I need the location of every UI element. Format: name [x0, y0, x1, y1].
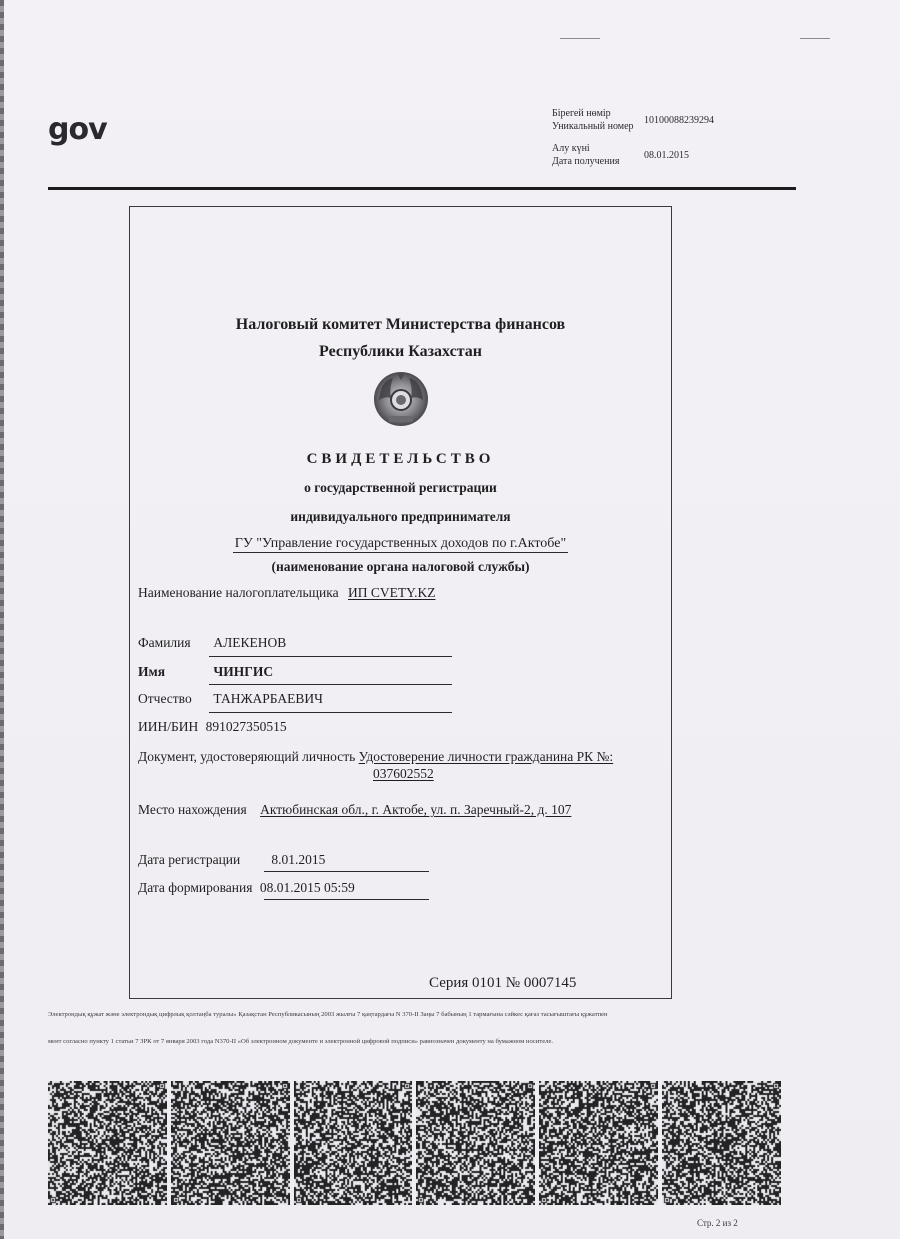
- unique-number-block: Бірегей нөмір Уникальный номер 101000882…: [552, 107, 634, 133]
- scan-mark: [560, 38, 600, 39]
- location-row: Место нахождения Актюбинская обл., г. Ак…: [138, 802, 571, 818]
- legal-notice-kz: Электрондық құжат және электрондық цифрл…: [48, 1011, 608, 1018]
- certificate-title: СВИДЕТЕЛЬСТВО: [130, 451, 671, 468]
- tax-authority-note: (наименование органа налоговой службы): [130, 559, 671, 575]
- barcode-block: [171, 1081, 290, 1205]
- surname-row: Фамилия АЛЕКЕНОВ: [138, 635, 286, 651]
- scanner-edge: [0, 0, 4, 1239]
- location-value: Актюбинская обл., г. Актобе, ул. п. Заре…: [260, 802, 571, 817]
- tax-authority-value: ГУ "Управление государственных доходов п…: [233, 536, 568, 553]
- header-divider: [48, 187, 796, 190]
- formed-date-value: 08.01.2015 05:59: [260, 880, 355, 895]
- scan-mark: [800, 38, 830, 39]
- barcode-block: [48, 1081, 167, 1205]
- name-underline: [209, 684, 452, 685]
- surname-label: Фамилия: [138, 635, 210, 651]
- patronymic-value: ТАНЖАРБАЕВИЧ: [213, 691, 323, 706]
- registration-date-label: Дата регистрации: [138, 852, 268, 868]
- issuing-org-line2: Республики Казахстан: [130, 343, 671, 361]
- taxpayer-label: Наименование налогоплательщика: [138, 585, 339, 601]
- certificate-subtitle2: индивидуального предпринимателя: [130, 509, 671, 525]
- unique-number-label-ru: Уникальный номер: [552, 120, 634, 133]
- id-document-row: Документ, удостоверяющий личность Удосто…: [138, 749, 613, 765]
- certificate-serial-number: Серия 0101 № 0007145: [429, 975, 576, 992]
- receipt-date-label-ru: Дата получения: [552, 155, 619, 168]
- barcode-block: [662, 1081, 781, 1205]
- coat-of-arms-icon: [371, 370, 431, 428]
- egov-logo: gov: [48, 112, 107, 147]
- surname-value: АЛЕКЕНОВ: [213, 635, 286, 650]
- receipt-date-label-kz: Алу күні: [552, 142, 619, 155]
- surname-underline: [209, 656, 452, 657]
- barcode-block: [294, 1081, 413, 1205]
- scanned-document-page: gov Бірегей нөмір Уникальный номер 10100…: [0, 0, 900, 1239]
- name-value: ЧИНГИС: [213, 664, 273, 679]
- unique-number-label-kz: Бірегей нөмір: [552, 107, 634, 120]
- tax-authority: ГУ "Управление государственных доходов п…: [130, 536, 671, 552]
- taxpayer-value: ИП CVETY.KZ: [348, 585, 436, 600]
- legal-notice-ru: мент согласно пункту 1 статьи 7 ЗРК от 7…: [48, 1038, 553, 1045]
- taxpayer-row: Наименование налогоплательщика ИП CVETY.…: [138, 585, 435, 601]
- iin-row: ИИН/БИН 891027350515: [138, 719, 287, 735]
- formed-date-row: Дата формирования 08.01.2015 05:59: [138, 880, 355, 896]
- name-row: Имя ЧИНГИС: [138, 664, 273, 680]
- barcode-block: [539, 1081, 658, 1205]
- iin-value: 891027350515: [206, 719, 287, 734]
- id-document-number: 037602552: [373, 766, 434, 782]
- patronymic-label: Отчество: [138, 691, 210, 707]
- receipt-date-value: 08.01.2015: [644, 149, 689, 162]
- registration-date-row: Дата регистрации 8.01.2015: [138, 852, 325, 868]
- barcode-block: [416, 1081, 535, 1205]
- location-label: Место нахождения: [138, 802, 247, 818]
- certificate-frame: Налоговый комитет Министерства финансов …: [129, 206, 672, 999]
- registration-date-underline: [264, 871, 429, 872]
- id-document-label: Документ, удостоверяющий личность: [138, 749, 355, 765]
- 2d-barcode-strip: [48, 1081, 781, 1205]
- patronymic-underline: [209, 712, 452, 713]
- id-document-value: Удостоверение личности гражданина РК №:: [359, 749, 614, 764]
- iin-label: ИИН/БИН: [138, 719, 198, 735]
- formed-date-label: Дата формирования: [138, 880, 252, 896]
- name-label: Имя: [138, 664, 210, 680]
- receipt-date-block: Алу күні Дата получения 08.01.2015: [552, 142, 619, 168]
- formed-date-underline: [264, 899, 429, 900]
- patronymic-row: Отчество ТАНЖАРБАЕВИЧ: [138, 691, 323, 707]
- unique-number-value: 10100088239294: [644, 114, 714, 127]
- certificate-subtitle1: о государственной регистрации: [130, 480, 671, 496]
- page-number: Стр. 2 из 2: [697, 1218, 738, 1228]
- issuing-org-line1: Налоговый комитет Министерства финансов: [130, 316, 671, 334]
- registration-date-value: 8.01.2015: [271, 852, 325, 867]
